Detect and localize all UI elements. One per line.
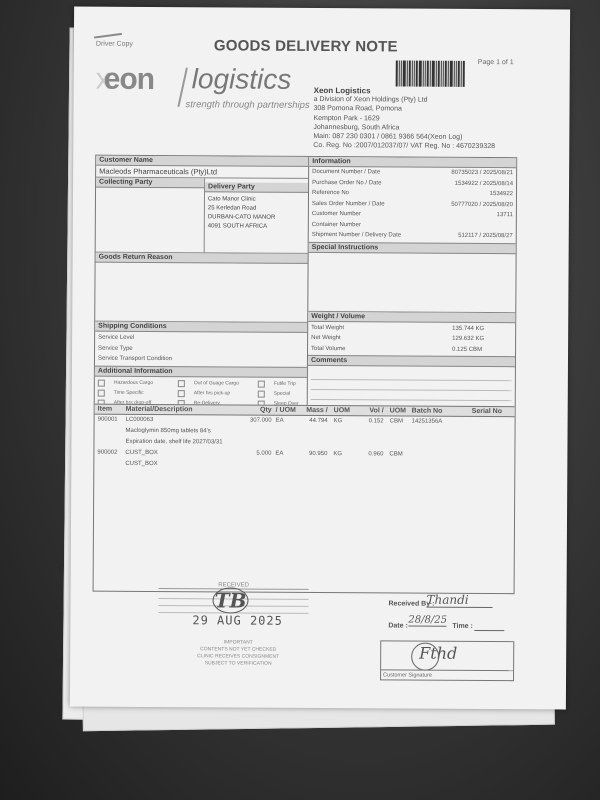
col-qty: Qty	[244, 407, 272, 414]
qty: 5.000	[243, 449, 271, 460]
stamp-line: SUBJECT TO VERIFICATION	[168, 660, 308, 668]
volume: 0.152	[358, 416, 384, 427]
weight-volume-rows: Total Weight135.744 KGNet Weight129.632 …	[308, 321, 515, 356]
uom: EA	[272, 416, 298, 427]
weight-volume-row: Total Volume0.125 CBM	[308, 343, 515, 355]
delivery-note-page: Driver Copy GOODS DELIVERY NOTE Page 1 o…	[70, 6, 570, 709]
info-value: 80735023 / 2025/08/21	[451, 168, 513, 179]
col-batch: Batch No	[412, 408, 472, 415]
time-label: Time :	[452, 623, 473, 630]
item-number: 900002	[97, 448, 125, 459]
signature-circle	[411, 643, 439, 671]
uom: EA	[271, 449, 297, 460]
batch-no	[411, 450, 471, 461]
customer-section: Customer Name Macleods Pharmaceuticals (…	[95, 156, 309, 411]
information-rows: Document Number / Date80735023 / 2025/08…	[309, 167, 516, 242]
info-label: Purchase Order No / Date	[312, 177, 381, 188]
delivery-party-header: Delivery Party	[205, 182, 308, 193]
volume: 0.960	[357, 449, 383, 460]
copy-label: Driver Copy	[96, 41, 133, 48]
serial-no	[471, 450, 511, 461]
document-title: GOODS DELIVERY NOTE	[214, 37, 398, 55]
info-value: 512117 / 2025/08/27	[458, 231, 513, 242]
table-row: 900001 LC000063 307.000 EA 44.794 KG 0.1…	[94, 415, 514, 451]
wv-label: Total Volume	[311, 343, 345, 354]
wv-label: Net Weight	[311, 333, 341, 344]
col-uom: / UOM	[272, 407, 298, 414]
return-reason-area	[95, 263, 307, 323]
col-item: Item	[98, 406, 126, 413]
logo-tagline: strength through partnerships	[186, 99, 310, 111]
address-line: 4091 SOUTH AFRICA	[208, 222, 305, 232]
stamp-date: 29 AUG 2025	[192, 613, 283, 628]
date-field[interactable]: 28/8/25	[408, 615, 446, 627]
info-value: 50777020 / 2025/08/20	[451, 199, 513, 210]
qty: 307.000	[244, 416, 272, 427]
pen-mark	[94, 33, 122, 39]
vol-uom: CBM	[384, 416, 412, 427]
information-section: Information Document Number / Date807350…	[308, 157, 517, 405]
option-label: Time Specific	[114, 390, 178, 396]
comments-area	[308, 366, 515, 405]
stamp-initials: TB	[212, 587, 248, 613]
checkbox-after-hrs-pickup[interactable]	[178, 390, 185, 397]
barcode-icon	[396, 60, 472, 86]
serial-no	[472, 417, 512, 428]
item-description: CUST_BOX	[125, 459, 511, 472]
checkbox-out-of-gauge[interactable]	[178, 380, 185, 387]
col-material: Material/Description	[126, 406, 244, 414]
logo-eon: eon	[104, 63, 155, 97]
info-value: 13711	[497, 210, 513, 221]
col-mass-uom: UOM	[328, 407, 358, 414]
delivery-address: Cato Manor Clinic 25 Kerledan Road DURBA…	[205, 192, 308, 235]
party-row: Collecting Party Delivery Party Cato Man…	[96, 178, 308, 254]
info-label: Customer Number	[312, 209, 361, 220]
delivery-party: Delivery Party Cato Manor Clinic 25 Kerl…	[205, 178, 308, 253]
option-label: Out of Guage Cargo	[194, 380, 258, 386]
col-vol: Vol /	[358, 407, 384, 414]
table-row: 900002 CUST_BOX 5.000 EA 90.950 KG 0.960…	[94, 448, 514, 473]
transport-condition: Service Transport Condition	[95, 354, 307, 366]
info-value: 1534922 / 2025/08/14	[455, 178, 513, 189]
vol-uom: CBM	[383, 449, 411, 460]
wv-value: 135.744 KG	[452, 323, 512, 334]
checkbox-time-specific[interactable]	[98, 389, 105, 396]
information-row: Shipment Number / Delivery Date512117 / …	[309, 230, 516, 242]
shipping-rows: Service Level Service Type Service Trans…	[95, 332, 307, 367]
signature-box[interactable]: Fthd Customer Signature	[380, 640, 514, 681]
info-label: Shipment Number / Delivery Date	[312, 230, 401, 241]
col-serial: Serial No	[472, 408, 512, 415]
logo-logistics: logistics	[192, 63, 292, 96]
time-field[interactable]	[474, 629, 504, 631]
checkbox-futile-trip[interactable]	[258, 380, 265, 387]
collecting-party: Collecting Party	[96, 178, 205, 253]
material-code: CUST_BOX	[125, 448, 243, 460]
wv-value: 129.632 KG	[452, 334, 512, 345]
col-mass: Mass /	[298, 407, 328, 414]
mass: 90.950	[297, 449, 327, 460]
page-number: Page 1 of 1	[478, 59, 514, 66]
info-label: Sales Order Number / Date	[312, 198, 385, 209]
info-label: Container Number	[312, 219, 361, 230]
item-number: 900001	[98, 415, 126, 426]
special-instructions-area	[308, 252, 515, 312]
mass: 44.794	[298, 416, 328, 427]
delivery-form: Customer Name Macleods Pharmaceuticals (…	[93, 155, 518, 595]
items-body: 900001 LC000063 307.000 EA 44.794 KG 0.1…	[94, 415, 514, 473]
mass-uom: KG	[327, 449, 357, 460]
company-line: Co. Reg. No :2007/012037/07/ VAT Reg. No…	[313, 141, 495, 151]
checkbox-special[interactable]	[258, 390, 265, 397]
mass-uom: KG	[328, 416, 358, 427]
info-label: Document Number / Date	[312, 167, 380, 178]
checkbox-hazardous[interactable]	[98, 379, 105, 386]
wv-value: 0.125 CBM	[452, 344, 512, 355]
option-label: Hazardous Cargo	[114, 380, 178, 386]
company-address: Xeon Logistics a Division of Xeon Holdin…	[313, 86, 495, 152]
material-code: LC000063	[126, 415, 244, 427]
items-table: Item Material/Description Qty / UOM Mass…	[94, 404, 514, 473]
info-label: Reference No	[312, 188, 349, 199]
option-label: After hrs pick-up	[194, 390, 258, 396]
received-by-field[interactable]: Thandi	[426, 593, 492, 608]
col-vol-uom: UOM	[384, 407, 412, 414]
info-value: 1534922	[490, 189, 513, 200]
batch-no: 14251356A	[412, 417, 472, 428]
signature-caption: Customer Signature	[381, 669, 513, 680]
collecting-party-header: Collecting Party	[96, 178, 204, 189]
stamp-fine-print: IMPORTANT CONTENTS NOT YET CHECKED CLINI…	[168, 639, 308, 668]
date-label: Date :	[388, 622, 407, 629]
wv-label: Total Weight	[311, 322, 344, 333]
